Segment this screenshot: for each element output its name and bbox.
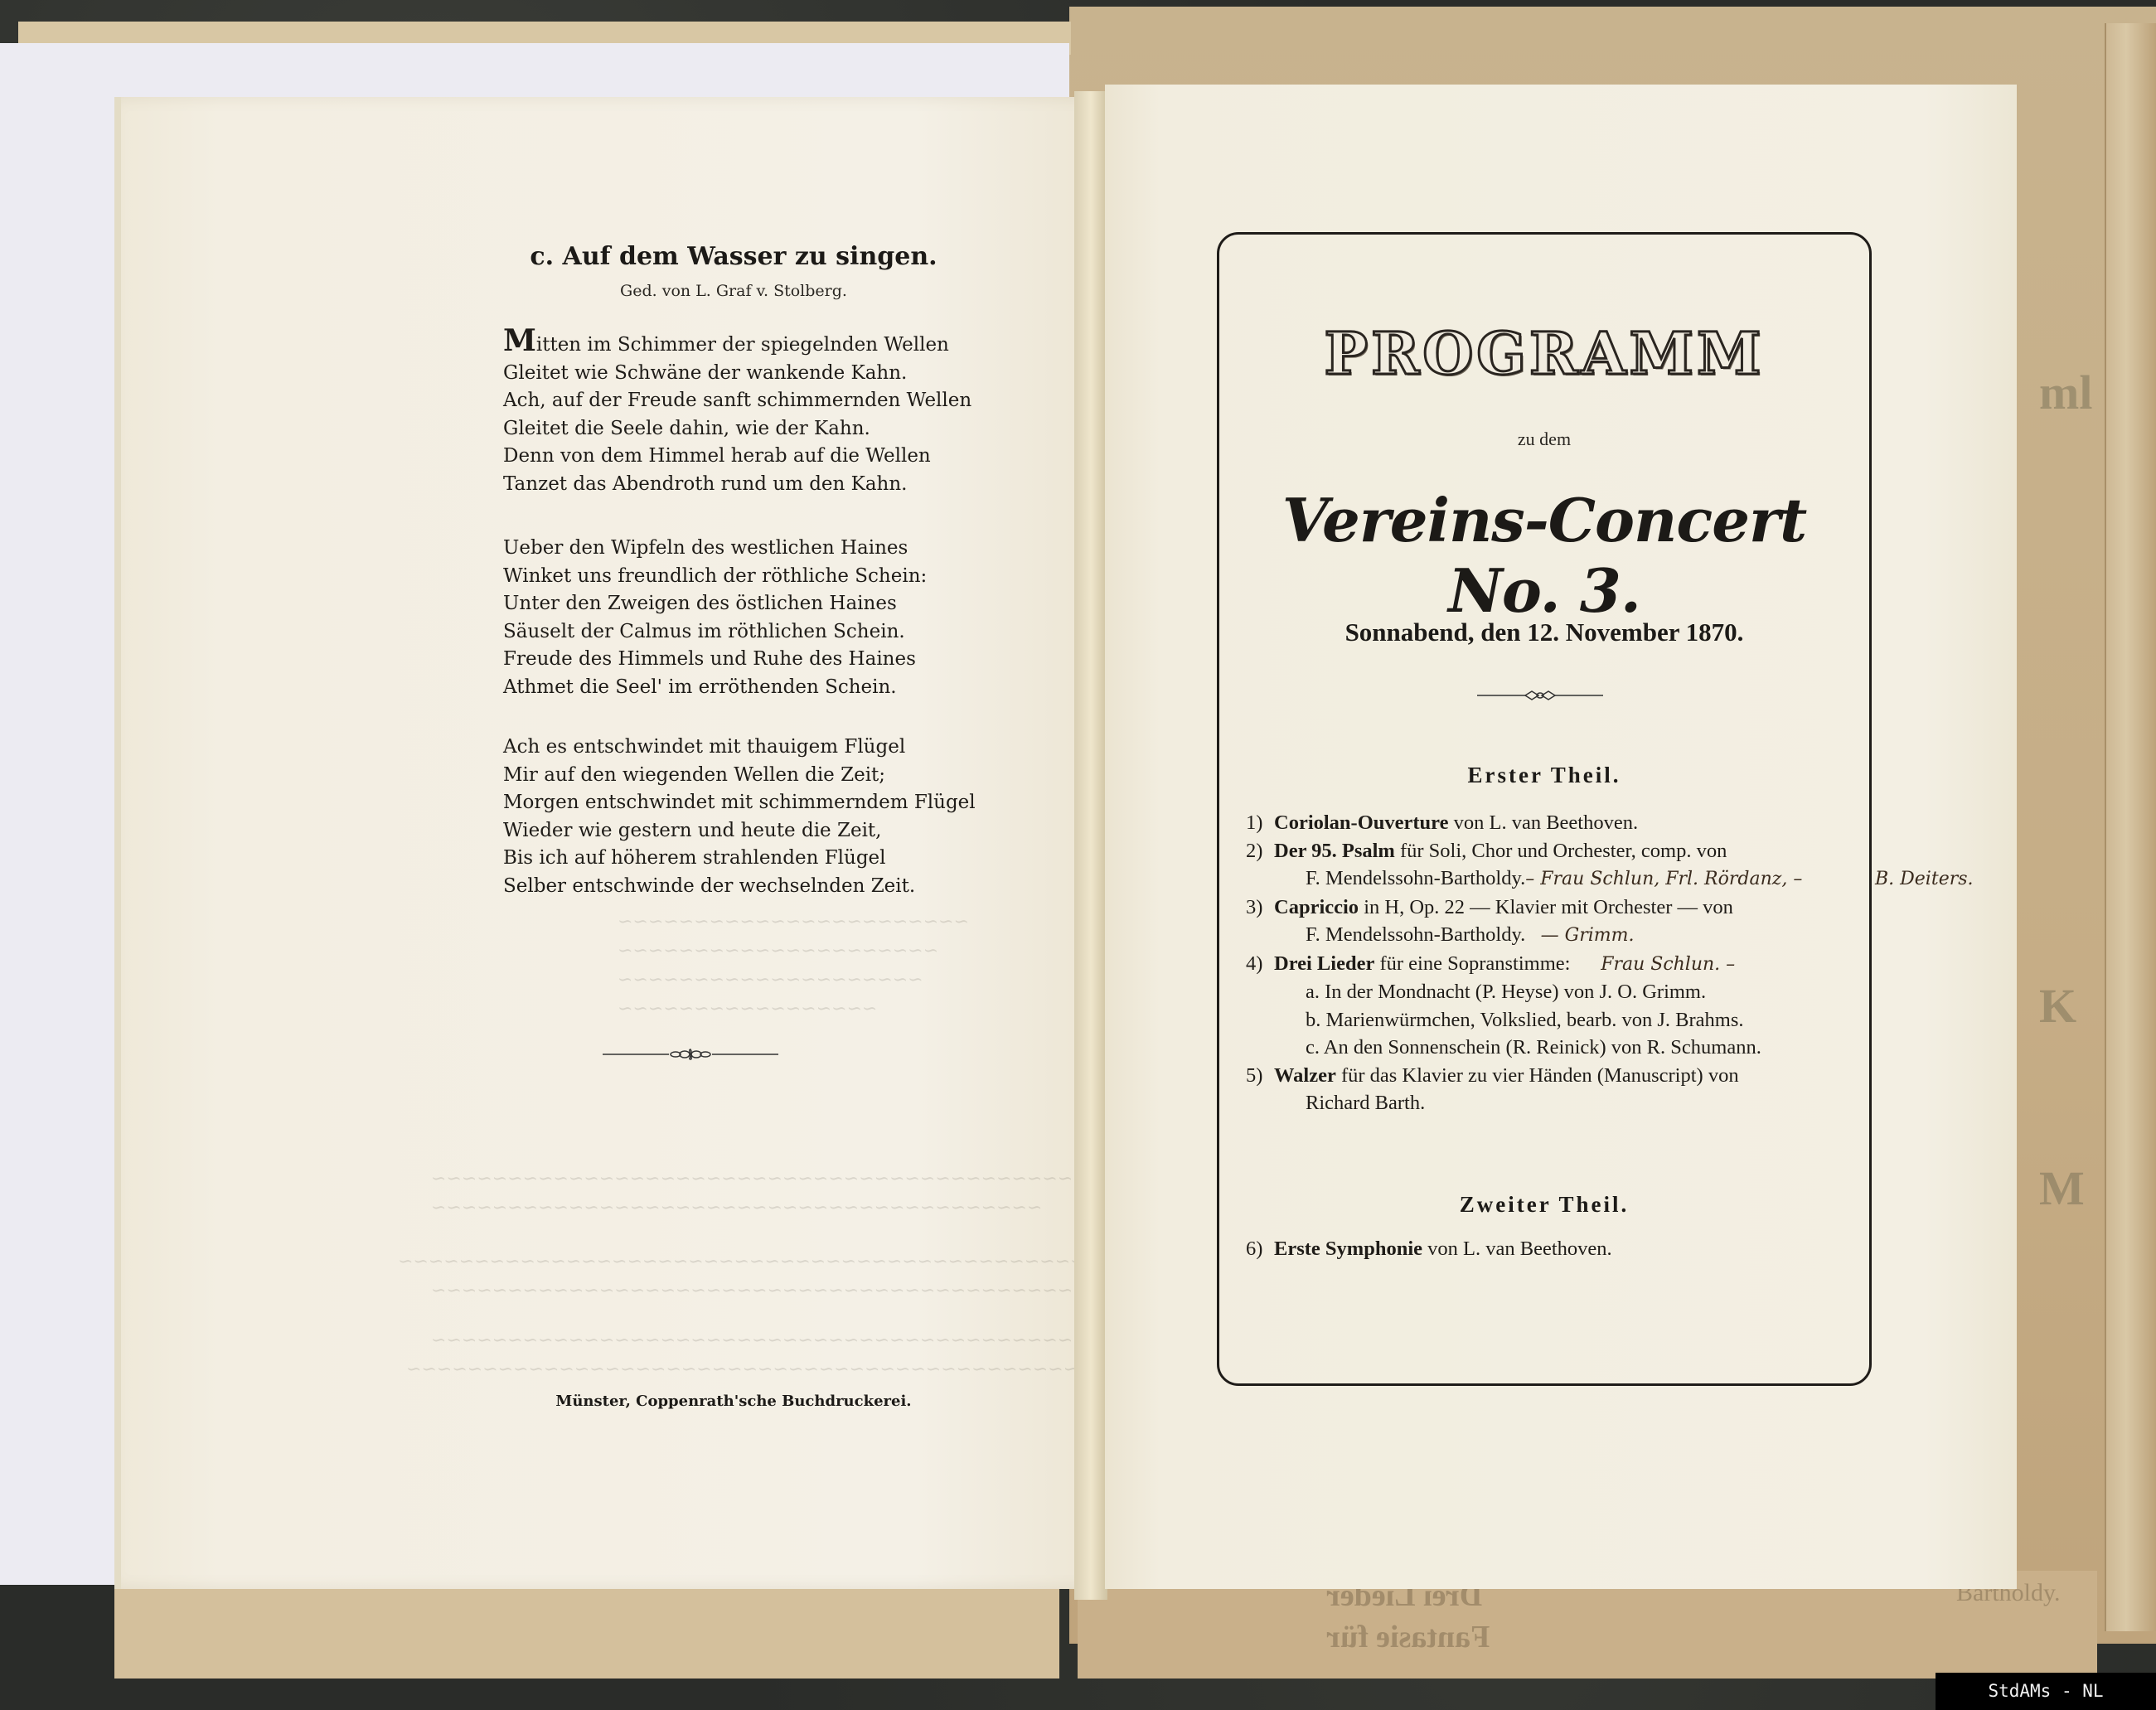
program-subitem-4b: b. Marienwürmchen, Volkslied, bearb. von… <box>1246 1006 1859 1034</box>
show-through-text: ~~~~~~~~~~~~~~~~~~~~~~~~~~~~~~~~~~~~~~~~ <box>431 1198 1042 1218</box>
poem-line: Wieder wie gestern und heute die Zeit, <box>503 817 1034 845</box>
program-subitem-4c: c. An den Sonnenschein (R. Reinick) von … <box>1246 1034 1859 1062</box>
composer: F. Mendelssohn-Bartholdy. <box>1306 867 1525 889</box>
show-through-text: ~~~~~~~~~~~~~~~~~~~~~~~~~~~~~~~~~~~~~~~~… <box>406 1359 1109 1380</box>
work-detail: von L. van Beethoven. <box>1449 811 1639 834</box>
board-edge <box>2105 23 2156 1631</box>
work-title: Walzer <box>1274 1064 1336 1087</box>
show-through-text: ~~~~~~~~~~~~~~~~~~~~~~~ <box>618 912 969 933</box>
show-through-text: ~~~~~~~~~~~~~~~~~~~~~~~~~~~~~~~~~~~~~~~~… <box>398 1252 1086 1272</box>
program-item-3: 3)Capriccio in H, Op. 22 — Klavier mit O… <box>1246 894 1859 922</box>
poem-line: Säuselt der Calmus im röthlichen Schein. <box>503 618 1034 647</box>
poem-line: Mitten im Schimmer der spiegelnden Welle… <box>503 332 1034 360</box>
show-through-text: ~~~~~~~~~~~~~~~~~~~~~~~~~~~~~~~~~~~~~~~~… <box>431 1169 1103 1189</box>
poem-line: Gleitet wie Schwäne der wankende Kahn. <box>503 360 1034 388</box>
work-title: Drei Lieder <box>1274 952 1374 975</box>
poem-line: Winket uns freundlich der röthliche Sche… <box>503 563 1034 591</box>
concert-date: Sonnabend, den 12. November 1870. <box>1217 618 1872 647</box>
poem-line: Ach, auf der Freude sanft schimmernden W… <box>503 387 1034 415</box>
program-item-2-cont: F. Mendelssohn-Bartholdy.– Frau Schlun, … <box>1246 865 1859 894</box>
program-subtitle: zu dem <box>1217 429 1872 450</box>
concert-name: Vereins-Concert No. 3. <box>1217 485 1872 626</box>
show-through-text: ~~~~~~~~~~~~~~~~~~~~~~~~~~~~~~~~~~~~~~~~… <box>431 1281 1103 1301</box>
show-through-text: ~~~~~~~~~~~~~~~~~~~~~~~~~~~~~~~~~~~~~~~~… <box>431 1330 1103 1351</box>
work-detail: für eine Sopranstimme: <box>1374 952 1570 975</box>
program-item-4: 4)Drei Lieder für eine Sopranstimme: Fra… <box>1246 950 1859 979</box>
show-through-text: ~~~~~~~~~~~~~~~~~ <box>618 999 877 1020</box>
handwritten-annotation: — Grimm. <box>1541 925 1635 946</box>
program-item-5-cont: Richard Barth. <box>1246 1089 1859 1117</box>
left-board-foot <box>114 1579 1059 1679</box>
part-heading-2: Zweiter Theil. <box>1217 1192 1872 1218</box>
item-number: 5) <box>1246 1062 1274 1090</box>
poem-stanza-1: Mitten im Schimmer der spiegelnden Welle… <box>503 332 1034 498</box>
program-subitem-4a: a. In der Mondnacht (P. Heyse) von J. O.… <box>1246 978 1859 1006</box>
work-title: Der 95. Psalm <box>1274 840 1395 862</box>
handwritten-margin-note: B. Deiters. <box>1875 869 1974 889</box>
archive-reference-label: StdAMs - NL Grimm_42_05 <box>1936 1673 2156 1710</box>
board-ghost-letter: ml <box>2039 365 2092 420</box>
work-title: Capriccio <box>1274 896 1359 918</box>
work-detail: in H, Op. 22 — Klavier mit Orchester — v… <box>1359 896 1733 918</box>
poem-line: Denn von dem Himmel herab auf die Wellen <box>503 443 1034 471</box>
poem-stanza-2: Ueber den Wipfeln des westlichen Haines … <box>503 535 1034 701</box>
item-number: 6) <box>1246 1235 1274 1263</box>
poem-line: Athmet die Seel' im erröthenden Schein. <box>503 674 1034 702</box>
item-number: 3) <box>1246 894 1274 922</box>
poem-line: Tanzet das Abendroth rund um den Kahn. <box>503 471 1034 499</box>
ghost-text-mirrored-2: Fantasie für <box>1326 1619 1490 1655</box>
poem-title: c. Auf dem Wasser zu singen. <box>497 242 970 271</box>
poem-line: Gleitet die Seele dahin, wie der Kahn. <box>503 415 1034 443</box>
ornament-divider-icon <box>603 1048 778 1061</box>
show-through-text: ~~~~~~~~~~~~~~~~~~~~ <box>618 970 923 991</box>
poem-credit: Ged. von L. Graf v. Stolberg. <box>497 282 970 300</box>
work-title: Coriolan-Ouverture <box>1274 811 1449 834</box>
show-through-text: ~~~~~~~~~~~~~~~~~~~~~ <box>618 941 938 962</box>
composer: F. Mendelssohn-Bartholdy. <box>1306 923 1525 946</box>
item-number: 2) <box>1246 837 1274 865</box>
poem-line: Freude des Himmels und Ruhe des Haines <box>503 646 1034 674</box>
program-item-2: 2)Der 95. Psalm für Soli, Chor und Orche… <box>1246 837 1859 865</box>
program-title: PROGRAMM <box>1217 319 1872 388</box>
work-detail: für Soli, Chor und Orchester, comp. von <box>1395 840 1727 862</box>
program-list-part-1: 1)Coriolan-Ouverture von L. van Beethove… <box>1246 809 1859 1117</box>
board-ghost-letter: M <box>2039 1160 2085 1216</box>
handwritten-annotation: – Frau Schlun, Frl. Rördanz, – <box>1525 869 1802 889</box>
part-heading-1: Erster Theil. <box>1217 763 1872 788</box>
work-detail: für das Klavier zu vier Händen (Manuscri… <box>1336 1064 1739 1087</box>
poem-line: Bis ich auf höherem strahlenden Flügel <box>503 845 1034 873</box>
work-title: Erste Symphonie <box>1274 1238 1422 1260</box>
poem-line: Ueber den Wipfeln des westlichen Haines <box>503 535 1034 563</box>
drop-cap: M <box>503 323 536 358</box>
program-item-3-cont: F. Mendelssohn-Bartholdy. — Grimm. <box>1246 921 1859 950</box>
program-list-part-2: 6)Erste Symphonie von L. van Beethoven. <box>1246 1235 1859 1263</box>
program-item-5: 5)Walzer für das Klavier zu vier Händen … <box>1246 1062 1859 1090</box>
poem-line: Morgen entschwindet mit schimmerndem Flü… <box>503 789 1034 817</box>
ornament-divider-icon <box>1477 690 1603 701</box>
item-number: 1) <box>1246 809 1274 837</box>
board-ghost-letter: K <box>2039 978 2076 1034</box>
work-detail: von L. van Beethoven. <box>1422 1238 1612 1260</box>
poem-line: Selber entschwinde der wechselnden Zeit. <box>503 873 1034 901</box>
program-item-6: 6)Erste Symphonie von L. van Beethoven. <box>1246 1235 1859 1263</box>
book-gutter <box>1074 91 1107 1600</box>
program-item-1: 1)Coriolan-Ouverture von L. van Beethove… <box>1246 809 1859 837</box>
printer-imprint: Münster, Coppenrath'sche Buchdruckerei. <box>497 1393 970 1410</box>
handwritten-annotation: Frau Schlun. – <box>1601 954 1735 975</box>
poem-line: Unter den Zweigen des östlichen Haines <box>503 590 1034 618</box>
poem-stanza-3: Ach es entschwindet mit thauigem Flügel … <box>503 734 1034 900</box>
poem-line: Mir auf den wiegenden Wellen die Zeit; <box>503 762 1034 790</box>
poem-line: Ach es entschwindet mit thauigem Flügel <box>503 734 1034 762</box>
item-number: 4) <box>1246 950 1274 978</box>
